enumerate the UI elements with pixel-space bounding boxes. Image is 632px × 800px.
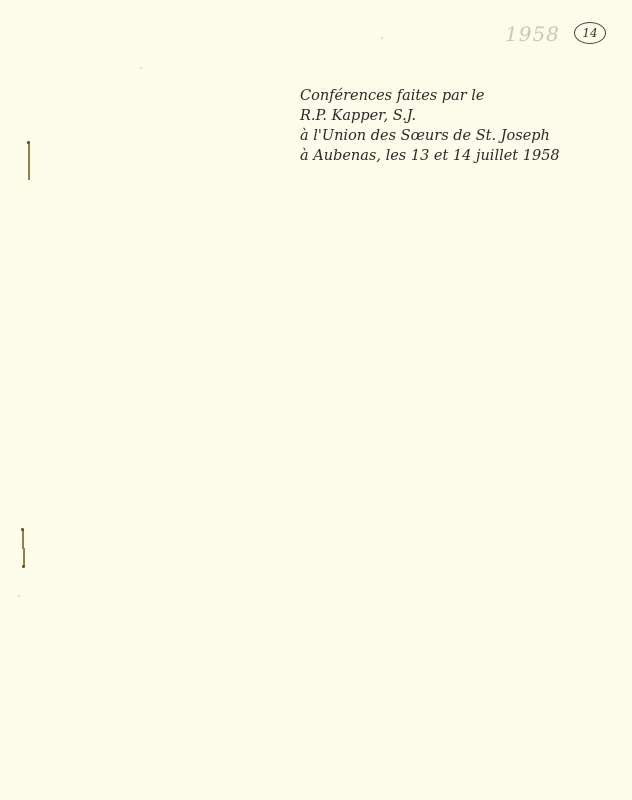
staple-mark-bottom-lower xyxy=(23,548,25,566)
paper-speck xyxy=(18,595,20,597)
staple-hole-bottom-upper xyxy=(21,528,24,531)
note-line-2: R.P. Kapper, S.J. xyxy=(300,106,620,126)
handwritten-title-note: Conférences faites par le R.P. Kapper, S… xyxy=(300,86,620,166)
staple-hole-bottom-lower xyxy=(22,565,25,568)
circled-page-number: 14 xyxy=(574,22,606,44)
paper-speck xyxy=(381,37,383,39)
staple-mark-top xyxy=(28,142,30,180)
staple-hole-top xyxy=(27,141,30,144)
document-page: 1958 14 Conférences faites par le R.P. K… xyxy=(0,0,632,800)
note-line-1: Conférences faites par le xyxy=(300,86,620,106)
pencil-year-annotation: 1958 xyxy=(505,22,560,46)
note-line-3: à l'Union des Sœurs de St. Joseph xyxy=(300,126,620,146)
paper-speck xyxy=(140,67,142,69)
note-line-4: à Aubenas, les 13 et 14 juillet 1958 xyxy=(300,146,620,166)
staple-mark-bottom-upper xyxy=(22,529,24,549)
